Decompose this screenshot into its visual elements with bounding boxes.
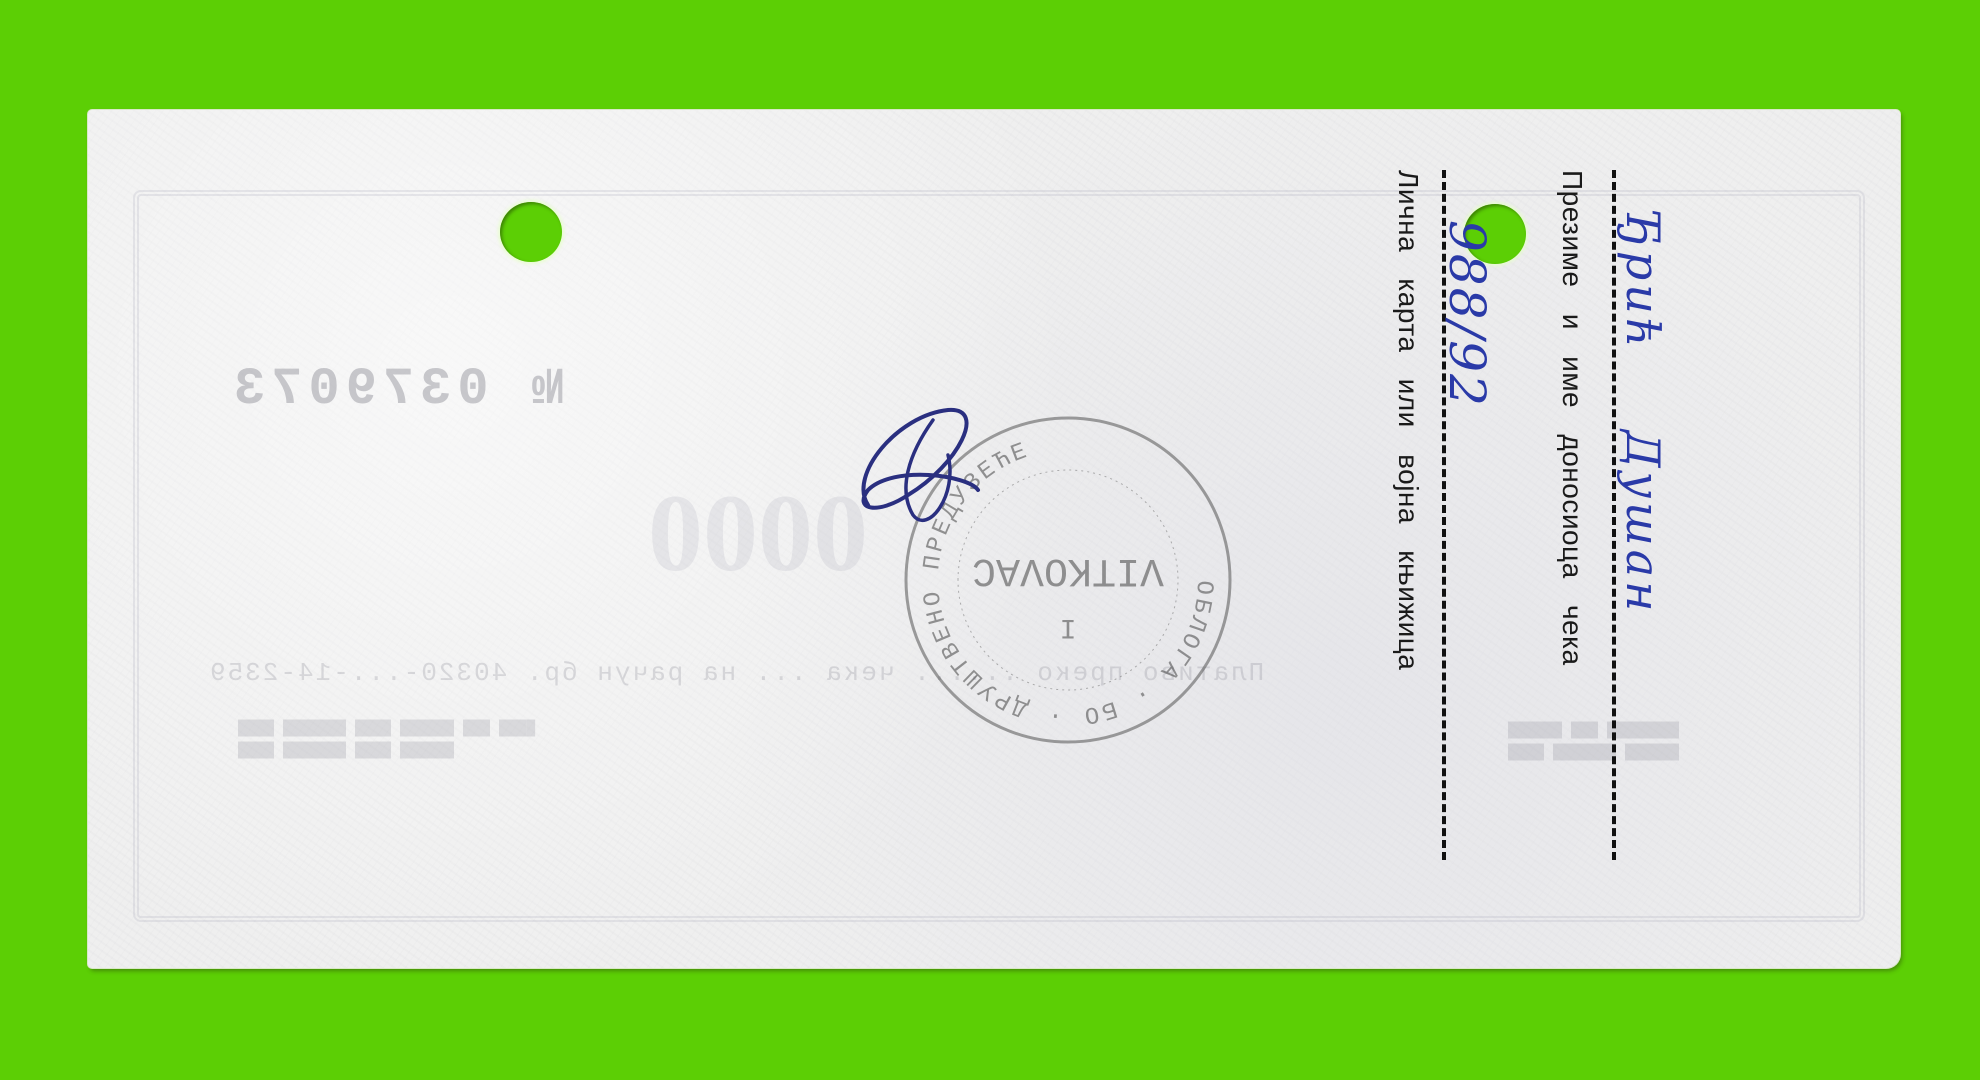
- id-document-label: Лична карта или војна књижица: [1392, 170, 1424, 670]
- stamp-mark: I: [1060, 611, 1077, 642]
- stamp-center-text: VITKOVAC: [972, 547, 1164, 592]
- id-document-value: 988/92: [1438, 220, 1496, 408]
- punch-hole: [500, 202, 562, 262]
- amount-bleed: 0000: [648, 470, 868, 597]
- cheque-paper: № 0379073 0000 Плативо преко ...... чека…: [88, 110, 1900, 968]
- signature-icon: [838, 395, 988, 545]
- id-document-field[interactable]: Лична карта или војна књижица: [1392, 170, 1432, 860]
- small-print-left-2: ██████ ████ ███████ ████: [238, 742, 454, 759]
- bearer-name-label: Презиме и име доносиоца чека: [1556, 170, 1588, 666]
- bearer-name-value: Ђрић Душан: [1616, 210, 1670, 615]
- small-print-left: ████ ███ ██████ ████ ███████ ████: [238, 720, 535, 737]
- serial-number: № 0379073: [228, 360, 563, 419]
- bearer-name-field[interactable]: Презиме и име доносиоца чека: [1556, 170, 1596, 860]
